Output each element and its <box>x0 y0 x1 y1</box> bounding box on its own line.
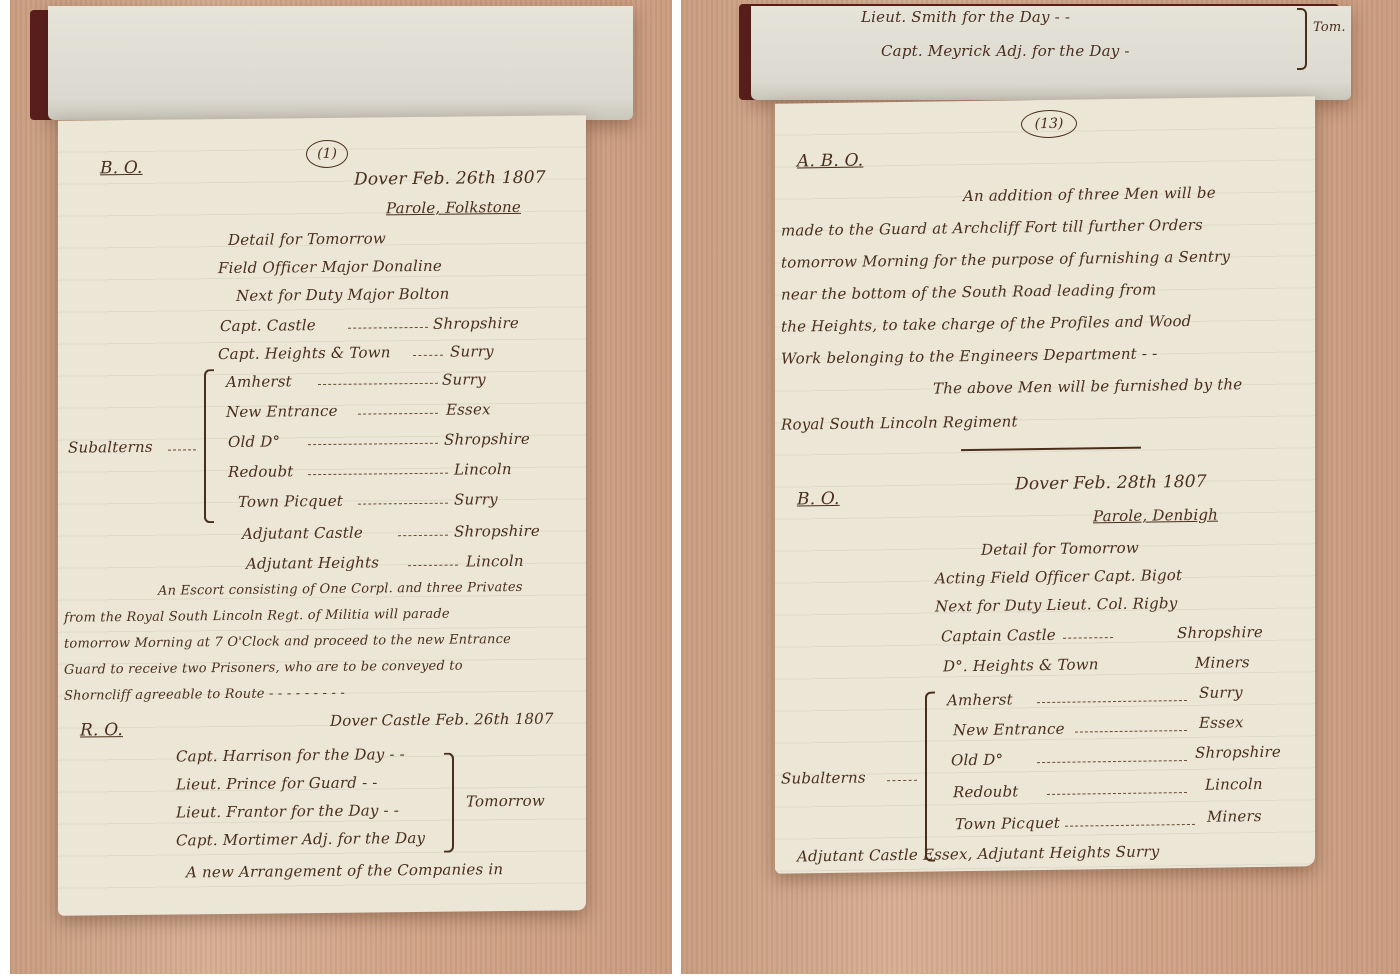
subaltern-post: Town Picquet <box>238 492 343 511</box>
subaltern-regiment: Lincoln <box>454 460 512 479</box>
captain-post: Captain Castle <box>941 626 1056 646</box>
detail-heading: Detail for Tomorrow <box>228 229 386 249</box>
folded-previous-page <box>48 6 633 120</box>
abo-label: A. B. O. <box>797 151 863 172</box>
addition-line: Royal South Lincoln Regiment <box>781 412 1018 433</box>
captain-post: Capt. Castle <box>220 316 316 335</box>
closing-line: A new Arrangement of the Companies in <box>186 860 503 881</box>
subaltern-regiment: Shropshire <box>1195 743 1281 762</box>
subaltern-post: Old D° <box>951 751 1003 770</box>
escort-line: Shorncliff agreeable to Route - - - - - … <box>64 686 345 704</box>
subaltern-post: New Entrance <box>953 720 1065 740</box>
bo-label: B. O. <box>100 158 143 178</box>
ro-duty: Capt. Mortimer Adj. for the Day <box>176 829 425 850</box>
captain-regiment: Miners <box>1195 653 1250 672</box>
parole: Parole, Denbigh <box>1093 506 1218 526</box>
bo-label: B. O. <box>797 489 840 510</box>
subaltern-post: Redoubt <box>953 782 1019 801</box>
subalterns-brace <box>204 369 214 523</box>
dateline: Dover Feb. 28th 1807 <box>1015 472 1207 495</box>
subaltern-post: Old D° <box>228 432 280 451</box>
subaltern-regiment: Surry <box>454 490 498 508</box>
ro-dateline: Dover Castle Feb. 26th 1807 <box>330 710 554 730</box>
acting-field-officer: Acting Field Officer Capt. Bigot <box>935 566 1182 587</box>
subaltern-regiment: Essex <box>446 400 491 418</box>
ro-label: R. O. <box>80 720 123 740</box>
captain-regiment: Surry <box>450 342 494 360</box>
ro-duty: Lieut. Prince for Guard - - <box>176 773 378 793</box>
folded-brace <box>1297 8 1307 70</box>
folded-brace-label: Tom. <box>1313 20 1346 35</box>
addition-line: An addition of three Men will be <box>963 184 1216 206</box>
next-for-duty: Next for Duty Lieut. Col. Rigby <box>935 594 1177 615</box>
adjutant-post: Adjutant Castle <box>242 524 363 543</box>
subaltern-regiment: Surry <box>442 370 486 388</box>
parole: Parole, Folkstone <box>386 198 521 217</box>
detail-heading: Detail for Tomorrow <box>981 539 1139 559</box>
ro-duty: Capt. Harrison for the Day - - <box>176 745 405 765</box>
left-photo-panel: B. O. (1) Dover Feb. 26th 1807 Parole, F… <box>10 0 672 974</box>
next-for-duty: Next for Duty Major Bolton <box>236 285 449 305</box>
subalterns-label: Subalterns <box>781 769 866 788</box>
subaltern-regiment: Shropshire <box>444 430 530 449</box>
subaltern-post: Amherst <box>226 372 292 391</box>
subaltern-post: Redoubt <box>228 462 294 481</box>
folded-line: Lieut. Smith for the Day - - <box>861 8 1070 26</box>
subaltern-regiment: Miners <box>1207 807 1262 826</box>
ro-brace-label: Tomorrow <box>466 792 545 811</box>
subaltern-post: Town Picquet <box>955 814 1060 833</box>
subaltern-regiment: Lincoln <box>1205 775 1263 794</box>
ro-duty: Lieut. Frantor for the Day - - <box>176 801 399 821</box>
subaltern-regiment: Essex <box>1199 713 1244 732</box>
captain-post: D°. Heights & Town <box>943 655 1099 675</box>
right-photo-panel: Lieut. Smith for the Day - - Capt. Meyri… <box>681 0 1400 974</box>
subaltern-post: Amherst <box>947 690 1013 709</box>
field-officer: Field Officer Major Donaline <box>218 257 442 277</box>
adjutant-regiment: Shropshire <box>454 522 540 541</box>
dateline: Dover Feb. 26th 1807 <box>354 168 546 190</box>
folded-previous-page: Lieut. Smith for the Day - - Capt. Meyri… <box>751 6 1351 100</box>
ro-brace <box>444 753 454 853</box>
adjutant-post: Adjutant Heights <box>246 553 379 572</box>
captain-regiment: Shropshire <box>433 314 519 333</box>
subalterns-label: Subalterns <box>68 438 153 457</box>
folded-line: Capt. Meyrick Adj. for the Day - <box>881 42 1130 60</box>
captain-post: Capt. Heights & Town <box>218 343 391 363</box>
captain-regiment: Shropshire <box>1177 623 1263 642</box>
left-manuscript-page: B. O. (1) Dover Feb. 26th 1807 Parole, F… <box>58 115 586 916</box>
subaltern-regiment: Surry <box>1199 683 1243 702</box>
adjutant-regiment: Lincoln <box>466 552 524 571</box>
subalterns-brace <box>925 692 935 862</box>
subaltern-post: New Entrance <box>226 402 338 421</box>
right-manuscript-page: (13) A. B. O. An addition of three Men w… <box>775 96 1315 874</box>
